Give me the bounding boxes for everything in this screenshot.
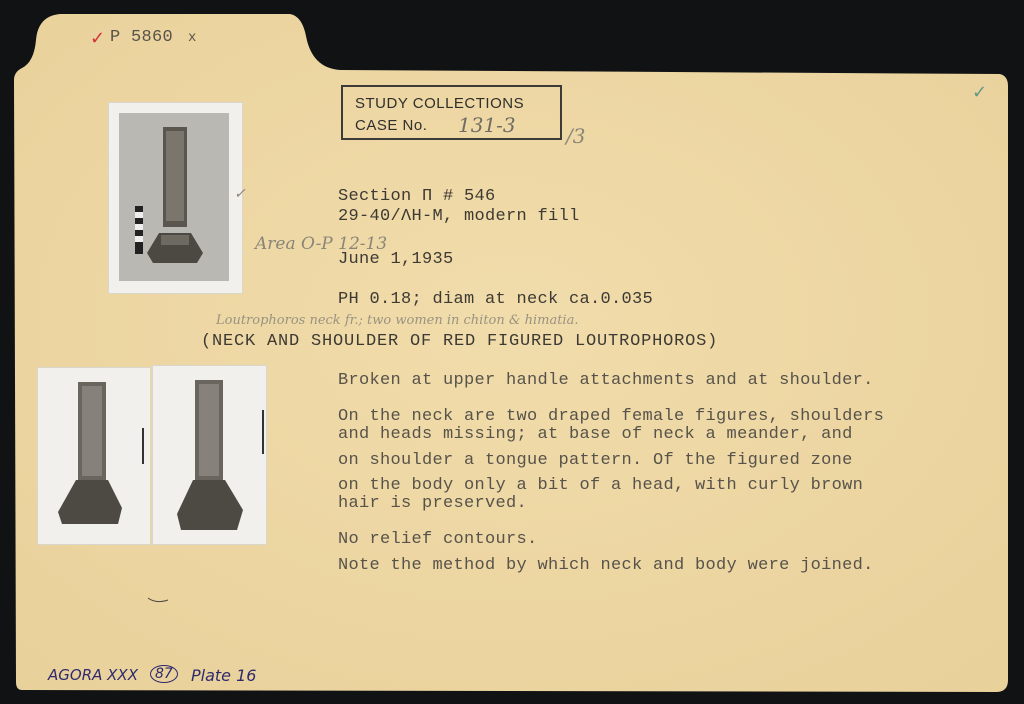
- stamp-case-number: 131-3: [458, 113, 516, 137]
- description-line: Broken at upper handle attachments and a…: [338, 372, 884, 390]
- publication-reference: AGORA XXX: [48, 666, 138, 684]
- catalog-card: ✓ P 5860 x ✓ STUDY COLLECTIONS CASE No. …: [0, 0, 1024, 704]
- photo-bottom-right: [153, 366, 266, 544]
- pencil-description: Loutrophoros neck fr.; two women in chit…: [216, 313, 578, 328]
- catalog-number-suffix: x: [188, 30, 197, 46]
- excavation-location: 29-40/ΛH-M, modern fill: [338, 207, 580, 226]
- description-line: and heads missing; at base of neck a mea…: [338, 426, 884, 444]
- dimensions: PH 0.18; diam at neck ca.0.035: [338, 290, 653, 309]
- plate-reference: Plate 16: [191, 666, 256, 685]
- description-line: No relief contours.: [338, 531, 884, 549]
- description-line: on shoulder a tongue pattern. Of the fig…: [338, 452, 884, 470]
- description-line: hair is preserved.: [338, 495, 884, 513]
- vase-fragment-image: [38, 368, 150, 544]
- study-collections-stamp: STUDY COLLECTIONS CASE No. 131-3: [341, 85, 562, 140]
- green-check-icon: ✓: [972, 82, 987, 103]
- find-date: June 1,1935: [338, 250, 454, 269]
- stamp-case-label: CASE No.: [355, 117, 427, 134]
- circled-catalog-number: 87: [150, 665, 178, 683]
- catalog-number: P 5860: [110, 28, 173, 47]
- stamp-title: STUDY COLLECTIONS: [355, 95, 524, 112]
- pencil-tick: ✓: [234, 186, 246, 202]
- vase-fragment-image: [109, 103, 242, 293]
- section-number: Section Π # 546: [338, 187, 496, 206]
- description-line: On the neck are two draped female figure…: [338, 408, 884, 426]
- red-check-icon: ✓: [90, 28, 105, 49]
- description-block: Broken at upper handle attachments and a…: [338, 372, 884, 575]
- vase-fragment-image: [153, 366, 266, 544]
- description-line: on the body only a bit of a head, with c…: [338, 477, 884, 495]
- description-line: Note the method by which neck and body w…: [338, 557, 884, 575]
- case-side-note: /3: [566, 124, 585, 148]
- photo-bottom-left: [38, 368, 150, 544]
- object-title: (NECK AND SHOULDER OF RED FIGURED LOUTRO…: [201, 332, 718, 351]
- photo-top-with-scale: [109, 103, 242, 293]
